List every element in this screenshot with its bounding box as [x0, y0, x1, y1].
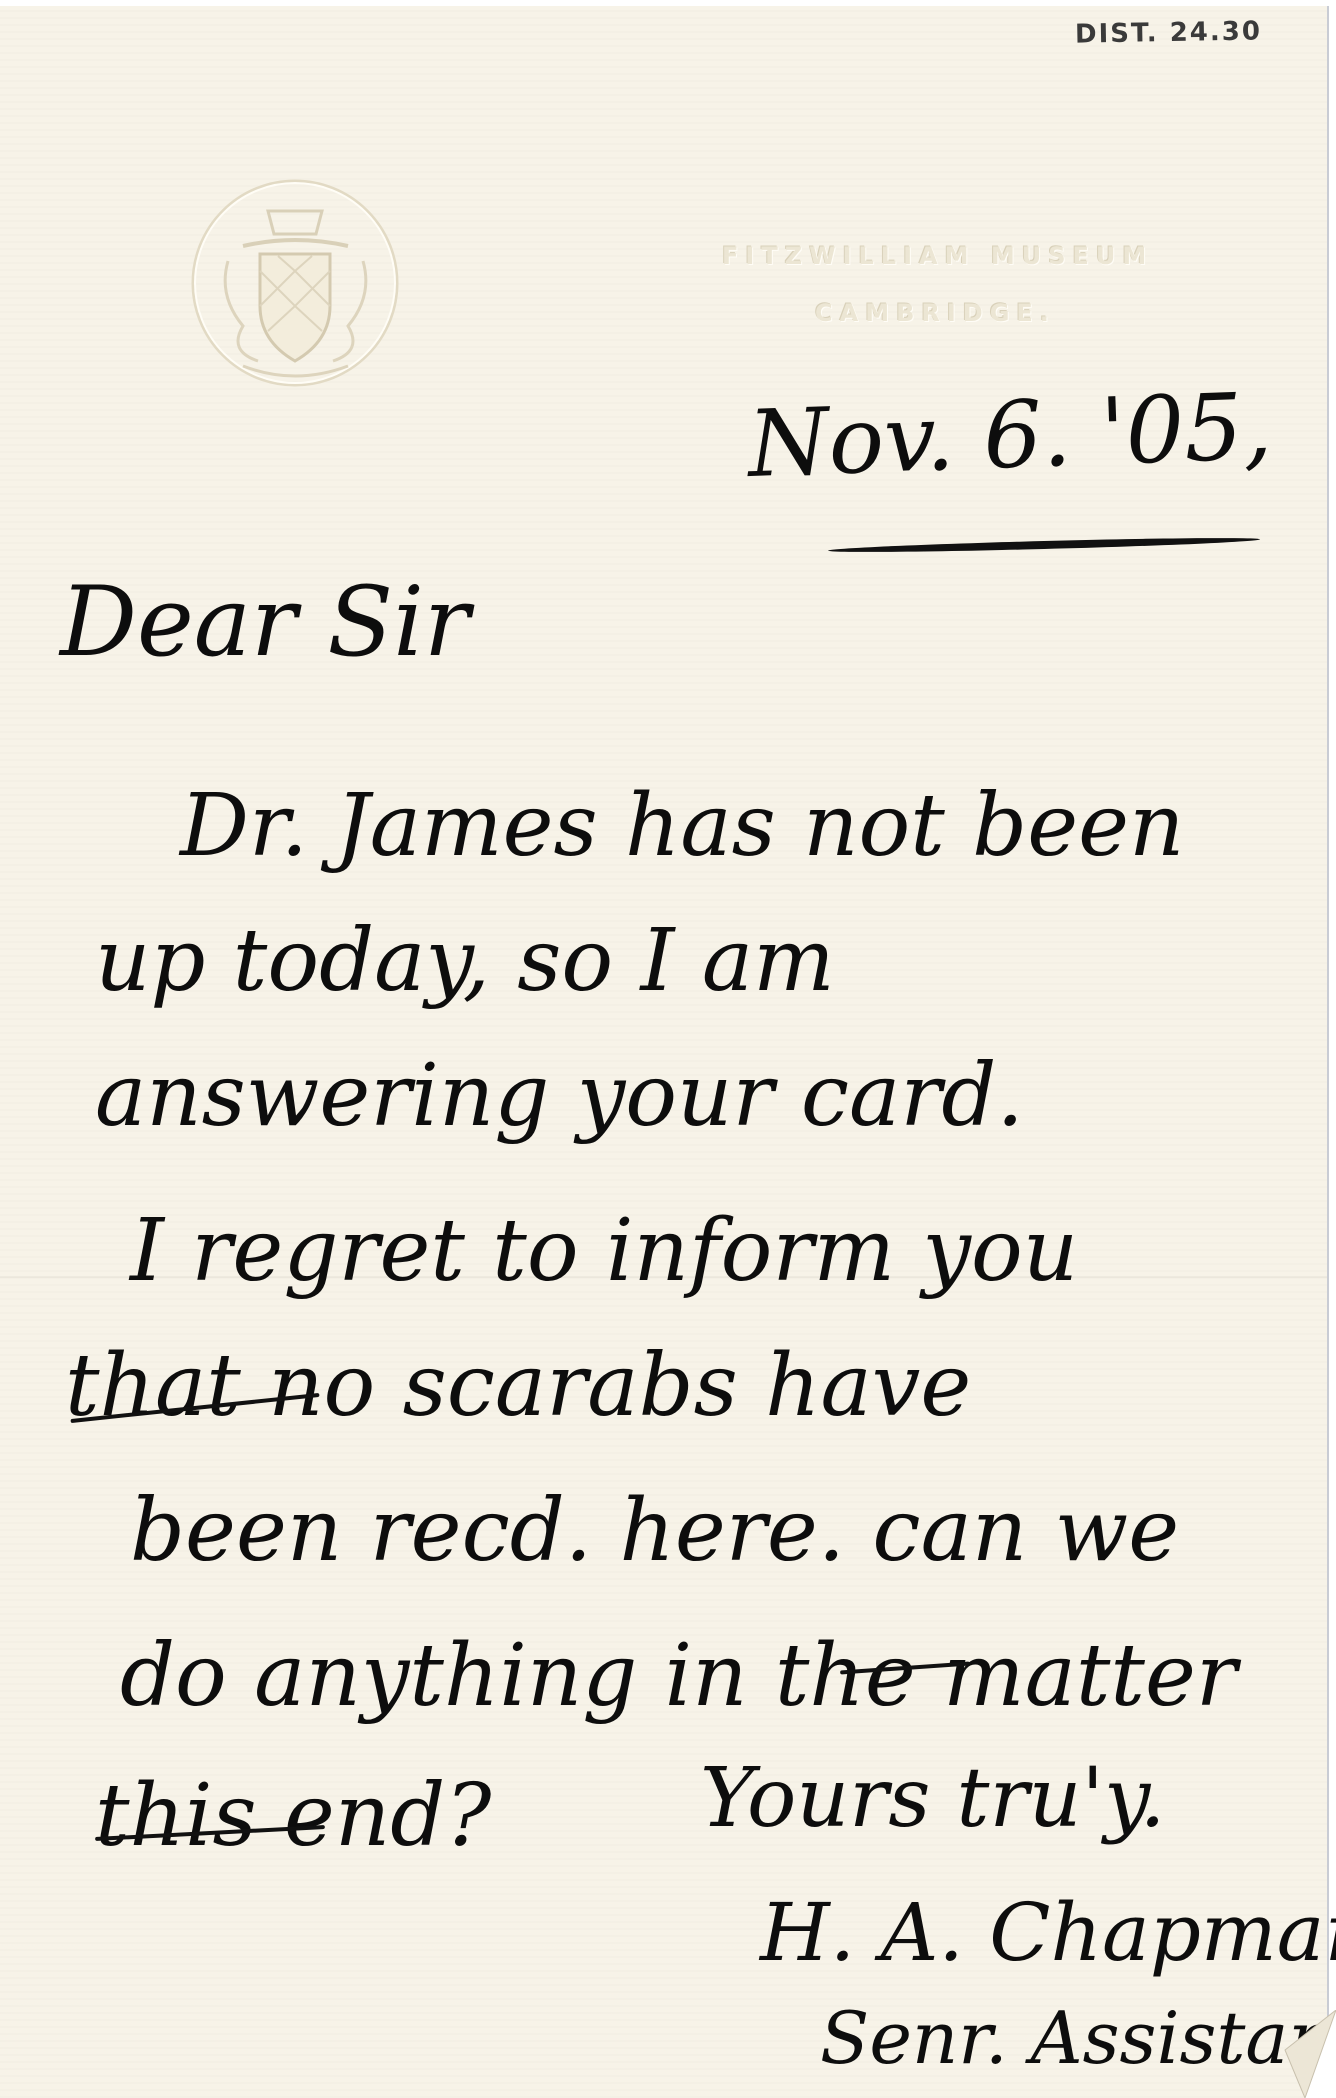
signer-title: Senr. Assistant: [820, 1996, 1336, 2080]
body-line-2: up today, so I am: [95, 911, 835, 1011]
body-line-3: answering your card.: [95, 1046, 1024, 1146]
body-line-8: this end?: [95, 1766, 491, 1866]
letter-date: Nov. 6. '05,: [746, 373, 1273, 498]
letterhead-city: CAMBRIDGE.: [815, 299, 1056, 327]
body-line-7: do anything in the matter: [120, 1626, 1237, 1726]
folded-corner: [1265, 2010, 1336, 2098]
signature: H. A. Chapman: [760, 1886, 1336, 1979]
body-line-6: been recd. here. can we: [130, 1481, 1179, 1581]
letterhead-institution: FITZWILLIAM MUSEUM: [722, 242, 1153, 270]
body-line-1: Dr. James has not been: [180, 776, 1184, 876]
embossed-coat-of-arms-icon: [188, 176, 403, 391]
salutation: Dear Sir: [60, 566, 470, 678]
date-underline: [828, 535, 1260, 554]
closing: Yours tru'y.: [700, 1751, 1166, 1846]
body-line-5: that no scarabs have: [65, 1336, 971, 1436]
catalog-number: DIST. 24.30: [1075, 16, 1262, 49]
body-line-4: I regret to inform you: [130, 1201, 1078, 1301]
letter-paper: DIST. 24.30 FITZWILLIAM MUSEUM CAMBRIDGE…: [0, 6, 1329, 2098]
